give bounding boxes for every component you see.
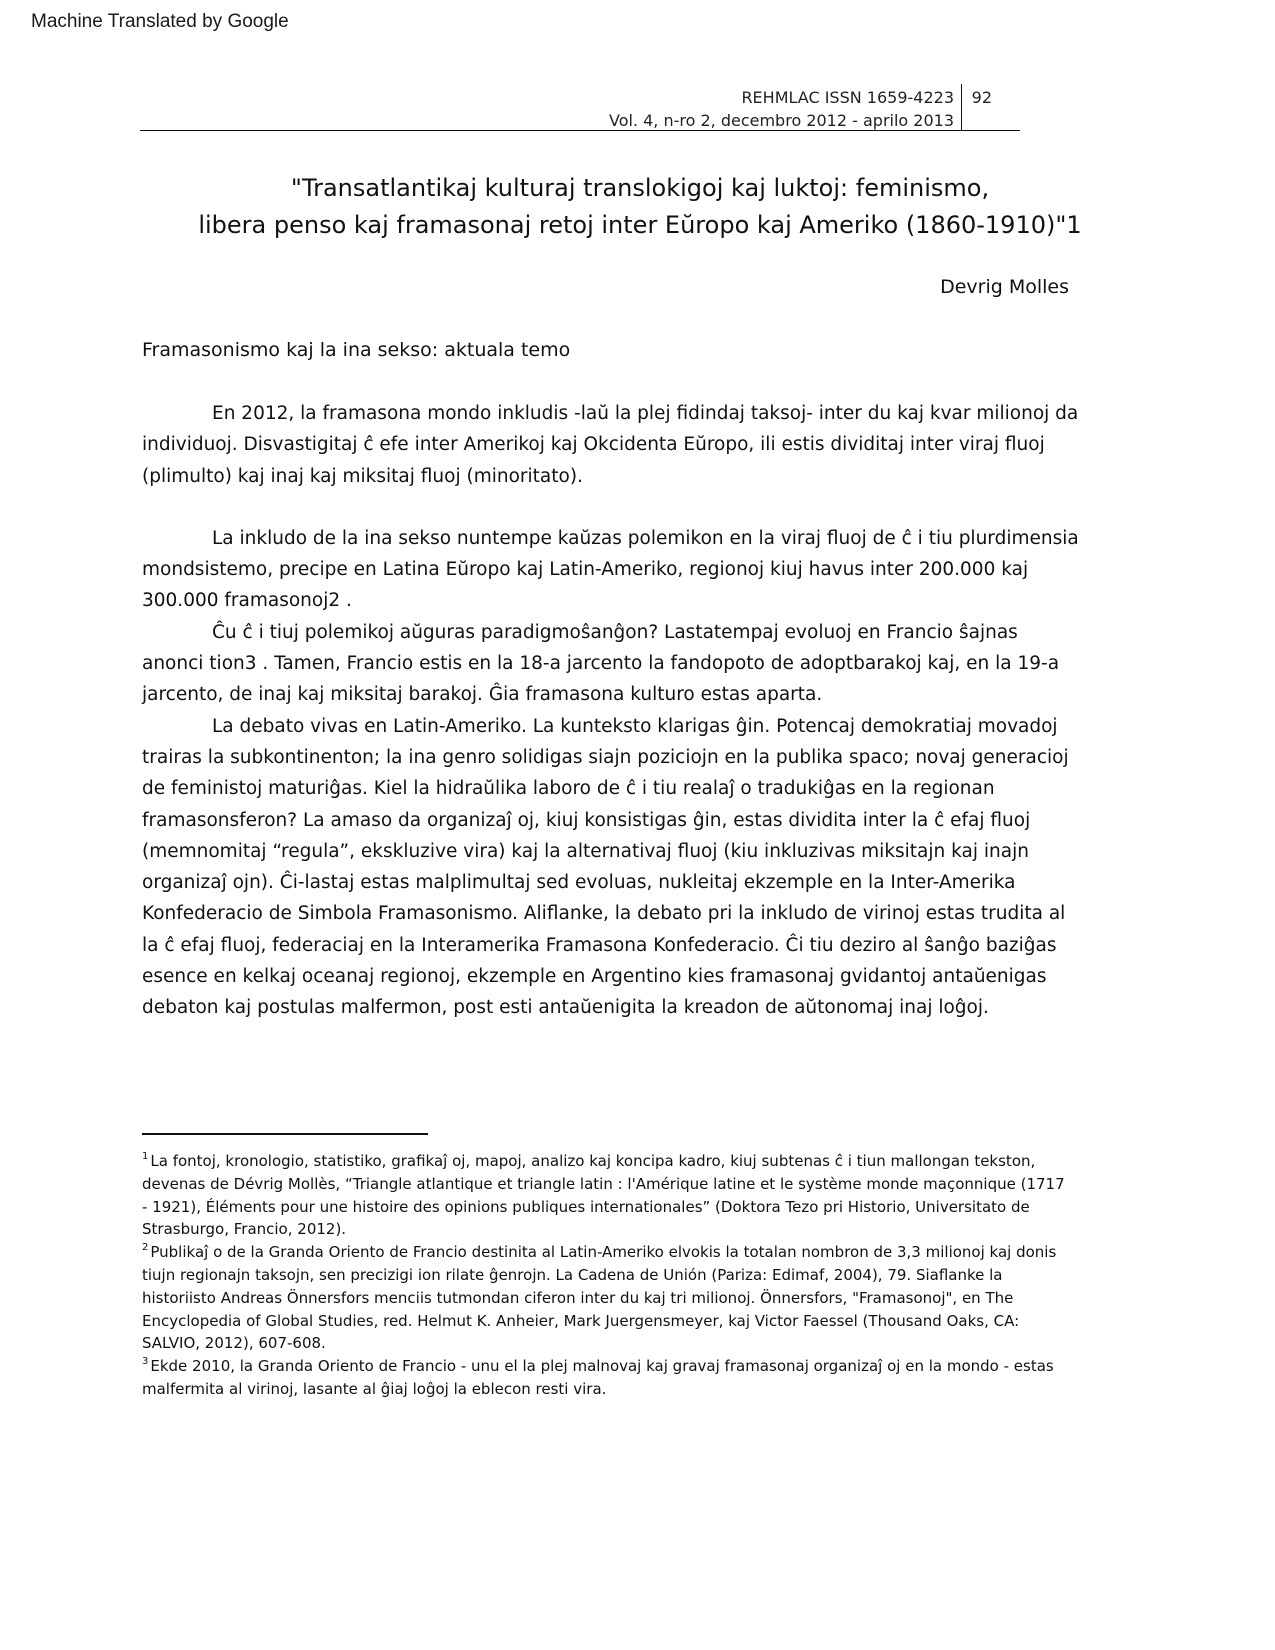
footnote-number: 1 bbox=[142, 1151, 148, 1162]
journal-volume: Vol. 4, n-ro 2, decembro 2012 - aprilo 2… bbox=[609, 109, 954, 132]
body-paragraph: Ĉu ĉ i tiuj polemikoj aŭguras paradigmoŝ… bbox=[142, 617, 1082, 711]
body-paragraph: La debato vivas en Latin-Ameriko. La kun… bbox=[142, 711, 1082, 1024]
footnote-text: Ekde 2010, la Granda Oriento de Francio … bbox=[142, 1357, 1054, 1398]
page-number: 92 bbox=[972, 86, 992, 109]
footnotes: 1La fontoj, kronologio, statistiko, graf… bbox=[142, 1150, 1072, 1401]
journal-issn: REHMLAC ISSN 1659-4223 bbox=[609, 86, 954, 109]
footnote: 3Ekde 2010, la Granda Oriento de Francio… bbox=[142, 1355, 1072, 1401]
article-title: "Transatlantikaj kulturaj translokigoj k… bbox=[140, 170, 1140, 244]
footnote-text: La fontoj, kronologio, statistiko, grafi… bbox=[142, 1152, 1065, 1238]
title-line-2: libera penso kaj framasonaj retoj inter … bbox=[140, 207, 1140, 244]
footnote-text: Publikaĵ o de la Granda Oriento de Franc… bbox=[142, 1243, 1056, 1352]
footnote-separator bbox=[142, 1133, 428, 1135]
footnote-number: 3 bbox=[142, 1356, 148, 1367]
footnote: 2Publikaĵ o de la Granda Oriento de Fran… bbox=[142, 1241, 1072, 1355]
journal-info: REHMLAC ISSN 1659-4223 Vol. 4, n-ro 2, d… bbox=[609, 86, 954, 132]
title-line-1: "Transatlantikaj kulturaj translokigoj k… bbox=[140, 170, 1140, 207]
running-header: REHMLAC ISSN 1659-4223 Vol. 4, n-ro 2, d… bbox=[140, 86, 1020, 131]
article-body: En 2012, la framasona mondo inkludis -la… bbox=[142, 398, 1082, 1024]
body-paragraph: En 2012, la framasona mondo inkludis -la… bbox=[142, 398, 1082, 492]
section-heading: Framasonismo kaj la ina sekso: aktuala t… bbox=[142, 339, 570, 361]
header-divider bbox=[961, 84, 963, 130]
author-name: Devrig Molles bbox=[940, 276, 1069, 298]
footnote: 1La fontoj, kronologio, statistiko, graf… bbox=[142, 1150, 1072, 1241]
body-paragraph: La inkludo de la ina sekso nuntempe kaŭz… bbox=[142, 523, 1082, 617]
footnote-number: 2 bbox=[142, 1242, 148, 1253]
machine-translation-banner: Machine Translated by Google bbox=[31, 11, 289, 33]
